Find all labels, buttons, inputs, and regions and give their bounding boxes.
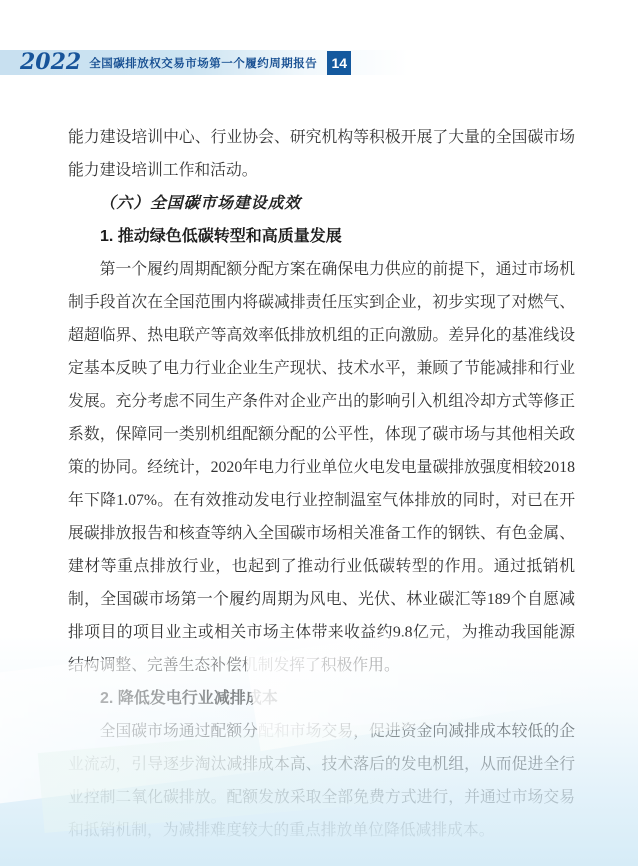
subsection2-heading: 2. 降低发电行业减排成本 bbox=[68, 682, 575, 715]
subsection1-heading: 1. 推动绿色低碳转型和高质量发展 bbox=[68, 220, 575, 253]
intro-paragraph: 能力建设培训中心、行业协会、研究机构等积极开展了大量的全国碳市场能力建设培训工作… bbox=[68, 121, 575, 187]
page-body: 能力建设培训中心、行业协会、研究机构等积极开展了大量的全国碳市场能力建设培训工作… bbox=[68, 121, 575, 847]
section-heading: （六）全国碳市场建设成效 bbox=[68, 187, 575, 220]
header-year: 2022 bbox=[20, 50, 81, 75]
page-header: 2022 全国碳排放权交易市场第一个履约周期报告 14 bbox=[0, 50, 638, 75]
page-number-badge: 14 bbox=[327, 51, 351, 75]
subsection2-paragraph: 全国碳市场通过配额分配和市场交易，促进资金向减排成本较低的企业流动，引导逐步淘汰… bbox=[68, 715, 575, 847]
header-title: 全国碳排放权交易市场第一个履约周期报告 bbox=[89, 55, 317, 71]
subsection1-paragraph: 第一个履约周期配额分配方案在确保电力供应的前提下，通过市场机制手段首次在全国范围… bbox=[68, 253, 575, 682]
report-page: 2022 全国碳排放权交易市场第一个履约周期报告 14 能力建设培训中心、行业协… bbox=[0, 0, 638, 866]
